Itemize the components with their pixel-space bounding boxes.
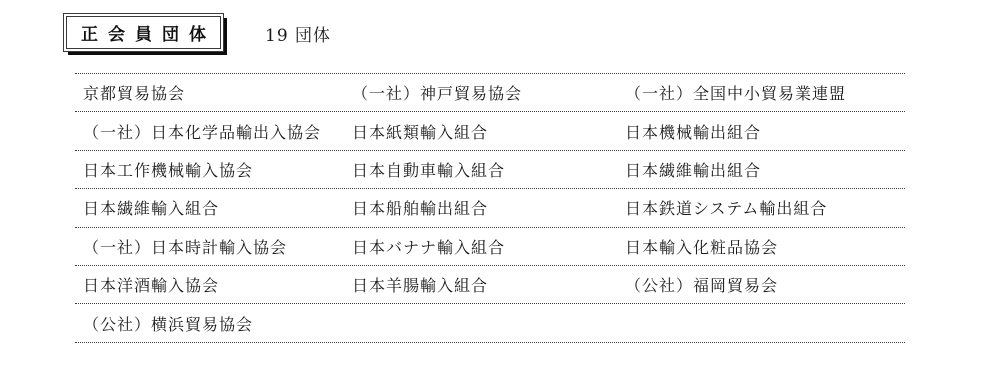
member-org-cell: 日本繊維輸入組合 [75, 196, 352, 219]
member-type-title: 正会員団体 [66, 16, 221, 49]
member-organizations-table: 京都貿易協会 （一社）神戸貿易協会 （一社）全国中小貿易業連盟 （一社）日本化学… [75, 73, 905, 343]
table-row: （公社）横浜貿易協会 [75, 304, 905, 342]
member-org-cell: （一社）日本時計輸入協会 [75, 235, 352, 258]
member-org-cell: 日本バナナ輸入組合 [352, 235, 625, 258]
member-org-cell: （一社）全国中小貿易業連盟 [625, 81, 905, 104]
document-page: 正会員団体 19 団体 京都貿易協会 （一社）神戸貿易協会 （一社）全国中小貿易… [0, 0, 981, 366]
table-row: 日本洋酒輸入協会 日本羊腸輸入組合 （公社）福岡貿易会 [75, 266, 905, 304]
member-org-cell: 日本自動車輸入組合 [352, 158, 625, 181]
table-row: 日本工作機械輸入協会 日本自動車輸入組合 日本繊維輸出組合 [75, 151, 905, 189]
member-org-cell: 京都貿易協会 [75, 81, 352, 104]
member-org-cell: （公社）福岡貿易会 [625, 273, 905, 296]
member-org-cell: 日本羊腸輸入組合 [352, 273, 625, 296]
member-org-cell: 日本船舶輸出組合 [352, 196, 625, 219]
table-row: （一社）日本化学品輸出入協会 日本紙類輸入組合 日本機械輸出組合 [75, 112, 905, 150]
member-org-cell: 日本洋酒輸入協会 [75, 273, 352, 296]
member-org-cell: 日本工作機械輸入協会 [75, 158, 352, 181]
member-count-label: 19 団体 [265, 21, 331, 46]
member-org-cell: 日本鉄道システム輸出組合 [625, 196, 905, 219]
table-row: （一社）日本時計輸入協会 日本バナナ輸入組合 日本輸入化粧品協会 [75, 228, 905, 266]
member-org-cell: （一社）神戸貿易協会 [352, 81, 625, 104]
member-type-title-box: 正会員団体 [63, 13, 224, 52]
table-row: 日本繊維輸入組合 日本船舶輸出組合 日本鉄道システム輸出組合 [75, 189, 905, 227]
member-org-cell: 日本機械輸出組合 [625, 120, 905, 143]
member-org-cell: （公社）横浜貿易協会 [75, 312, 352, 335]
member-org-cell: （一社）日本化学品輸出入協会 [75, 120, 352, 143]
member-org-cell: 日本繊維輸出組合 [625, 158, 905, 181]
member-org-cell: 日本紙類輸入組合 [352, 120, 625, 143]
table-row: 京都貿易協会 （一社）神戸貿易協会 （一社）全国中小貿易業連盟 [75, 74, 905, 112]
member-org-cell: 日本輸入化粧品協会 [625, 235, 905, 258]
